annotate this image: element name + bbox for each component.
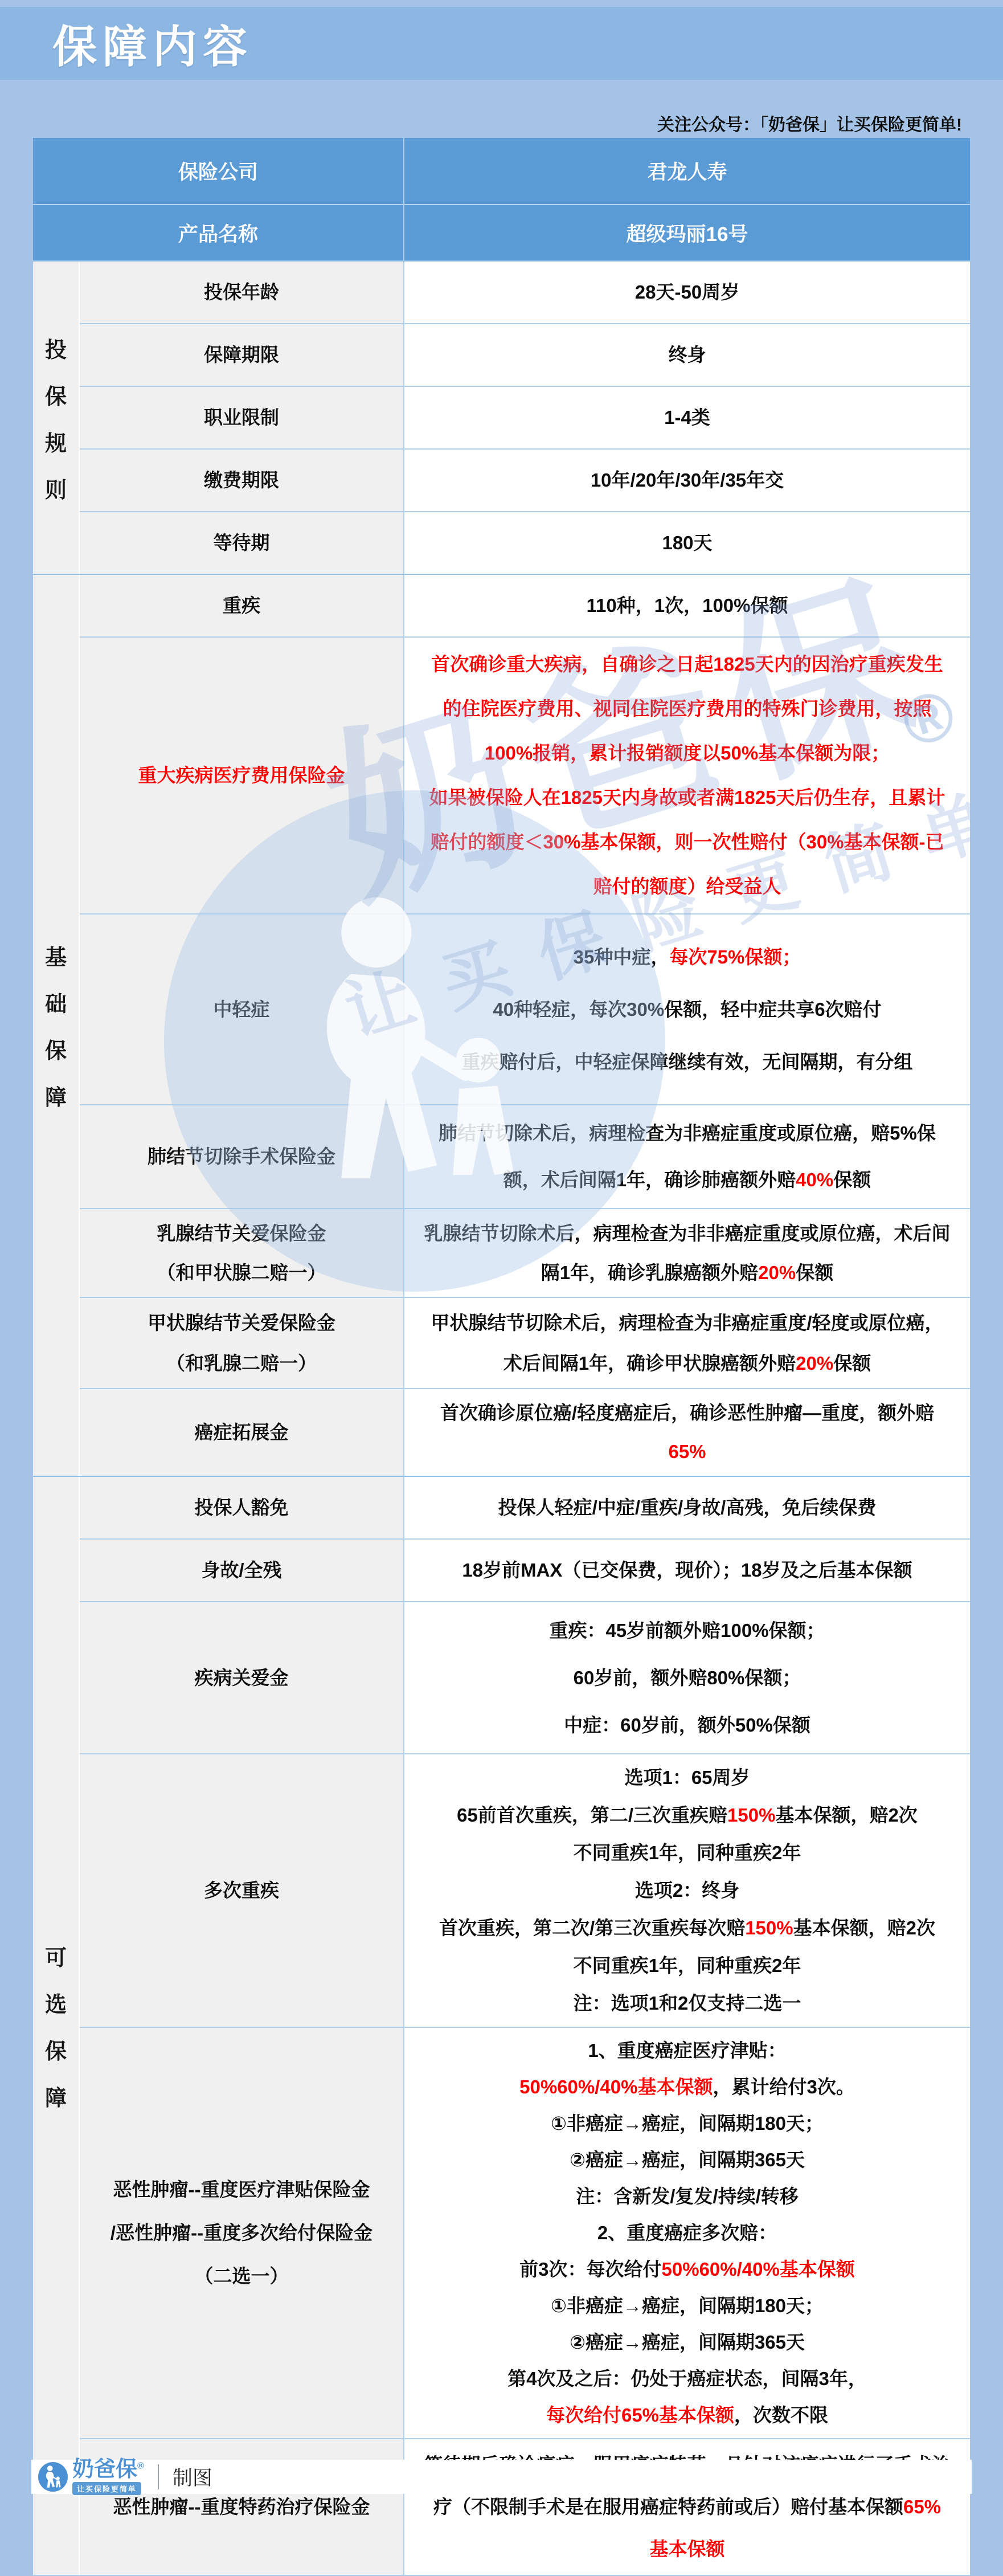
value-line: 首次确诊重大疾病，自确诊之日起1825天内的因治疗重疾发生 [431,642,943,687]
text-segment: ②癌症→癌症，间隔期365天 [570,2332,805,2353]
text-segment: 前3次：每次给付 [519,2259,661,2280]
value-line: 2、重度癌症多次赔： [597,2215,777,2251]
value-line: 110种，1次，100%保额 [587,579,788,632]
row-value-cell: 首次确诊重大疾病，自确诊之日起1825天内的因治疗重疾发生的住院医疗费用、视同住… [404,638,970,913]
label-line: 恶性肿瘤--重度医疗津贴保险金 [113,2168,370,2211]
table-row: 甲状腺结节关爱保险金（和乳腺二赔一）甲状腺结节切除术后，病理检查为非癌症重度/轻… [80,1297,970,1388]
row-value-cell: 首次确诊原位癌/轻度癌症后，确诊恶性肿瘤—重度，额外赔65% [404,1389,970,1476]
table-row: 乳腺结节关爱保险金（和甲状腺二赔一）乳腺结节切除术后，病理检查为非非癌症重度或原… [80,1208,970,1297]
title-bar: 保障内容 [0,7,1003,80]
band-label: 投 [45,332,67,364]
value-line: 基本保额 [650,2528,725,2570]
text-segment: 20% [758,1262,796,1283]
text-segment: 180天 [662,532,712,553]
text-segment: 150% [727,1805,775,1826]
label-line: 投保人豁免 [195,1486,289,1529]
credit-label: 制图 [173,2463,212,2491]
text-segment: 如果被保险人在1825天内身故或者满1825天后仍生存，且累计 [429,787,945,808]
brand-logo: 奶爸保® 让买保险更简单 [38,2459,144,2495]
page-title: 保障内容 [52,11,253,75]
text-segment: 150% [745,1917,793,1938]
row-label-cell: 中轻症 [80,915,404,1104]
label-line: 甲状腺结节关爱保险金 [148,1303,335,1343]
row-value-cell: 1、重度癌症医疗津贴：50%60%/40%基本保额，累计给付3次。①非癌症→癌症… [404,2028,970,2438]
row-label-cell: 职业限制 [80,387,404,448]
text-segment: 每次给付65%基本保额 [546,2404,734,2426]
value-line: 1、重度癌症医疗津贴： [588,2032,786,2069]
value-line: 甲状腺结节切除术后，病理检查为非癌症重度/轻度或原位癌， [431,1303,943,1343]
table-row: 职业限制1-4类 [80,386,970,448]
section-rows: 重疾110种，1次，100%保额重大疾病医疗费用保险金首次确诊重大疾病，自确诊之… [80,575,970,1476]
value-line: 18岁前MAX（已交保费，现价）；18岁及之后基本保额 [462,1544,912,1597]
row-label-cell: 保障期限 [80,324,404,386]
table-row: 等待期180天 [80,511,970,574]
table-row: 恶性肿瘤--重度特药治疗保险金等待期后确诊癌症，服用癌症特药，且针对该癌症进行了… [80,2438,970,2575]
label-line: /恶性肿瘤--重度多次给付保险金 [110,2211,372,2255]
text-segment: 选项2：终身 [635,1880,739,1901]
value-line: 1-4类 [664,391,710,444]
header-label-cell: 保险公司 [33,138,404,204]
text-segment: 65% [668,1441,706,1462]
section-band: 基础保障 [33,575,80,1476]
row-value-cell: 投保人轻症/中症/重疾/身故/高残，免后续保费 [404,1477,970,1538]
value-line: 40种轻症，每次30%保额，轻中症共享6次赔付 [493,983,881,1036]
text-segment: 65前首次重疾，第二/三次重疾赔 [457,1805,727,1826]
value-line: 中症：60岁前，额外50%保额 [564,1701,810,1749]
table-row: 重疾110种，1次，100%保额 [80,575,970,636]
header-row: 保险公司君龙人寿 [33,138,970,204]
table-row: 中轻症35种中症，每次75%保额；40种轻症，每次30%保额，轻中症共享6次赔付… [80,913,970,1104]
text-segment: 中症：60岁前，额外50%保额 [564,1714,810,1736]
text-segment: 28天-50周岁 [635,281,739,303]
text-segment: 注：含新发/复发/持续/转移 [576,2186,799,2207]
band-label: 规 [45,426,67,457]
table-row: 缴费期限10年/20年/30年/35年交 [80,448,970,511]
value-line: 选项1：65周岁 [624,1759,750,1797]
header-row: 产品名称超级玛丽16号 [33,204,970,260]
footer-divider [158,2464,159,2489]
text-segment: 额，术后间隔1年，确诊肺癌额外赔 [503,1169,796,1190]
text-segment: 不同重疾1年，同种重疾2年 [574,1955,801,1976]
table-row: 恶性肿瘤--重度医疗津贴保险金/恶性肿瘤--重度多次给付保险金（二选一）1、重度… [80,2027,970,2438]
text-segment: 20% [796,1353,833,1374]
value-line: 35种中症，每次75%保额； [574,931,801,983]
text-segment: 甲状腺结节切除术后，病理检查为非癌症重度/轻度或原位癌， [431,1312,943,1333]
table-section: 基础保障重疾110种，1次，100%保额重大疾病医疗费用保险金首次确诊重大疾病，… [33,574,970,1476]
brand-logo-text: 奶爸保® 让买保险更简单 [72,2459,144,2495]
value-line: ②癌症→癌症，间隔期365天 [570,2324,805,2361]
section-rows: 投保年龄28天-50周岁保障期限终身职业限制1-4类缴费期限10年/20年/30… [80,262,970,574]
value-line: 首次确诊原位癌/轻度癌症后，确诊恶性肿瘤—重度，额外赔 [440,1394,934,1432]
row-value-cell: 乳腺结节切除术后，病理检查为非非癌症重度或原位癌，术后间隔1年，确诊乳腺癌额外赔… [404,1209,970,1297]
label-line: 癌症拓展金 [195,1411,289,1454]
text-segment: 乳腺结节切除术后，病理检查为非非癌症重度或原位癌，术后间 [424,1223,951,1244]
label-line: （和甲状腺二赔一） [157,1253,326,1292]
band-label: 础 [45,986,67,1018]
value-line: ①非癌症→癌症，间隔期180天； [551,2288,824,2324]
text-segment: ②癌症→癌症，间隔期365天 [570,2149,805,2170]
value-line: 不同重疾1年，同种重疾2年 [574,1947,801,1985]
table-row: 重大疾病医疗费用保险金首次确诊重大疾病，自确诊之日起1825天内的因治疗重疾发生… [80,636,970,913]
band-label: 保 [45,1033,67,1064]
text-segment: 首次重疾，第二次/第三次重疾每次赔 [439,1917,745,1938]
value-line: 注：选项1和2仅支持二选一 [574,1985,801,2022]
value-line: 赔付的额度＜30%基本保额，则一次性赔付（30%基本保额-已 [430,820,944,864]
text-segment: 10年/20年/30年/35年交 [591,470,784,491]
text-segment: 疗（不限制手术是在服用癌症特药前或后）赔付基本保额 [433,2496,903,2517]
row-label-cell: 等待期 [80,512,404,574]
row-label-cell: 多次重疾 [80,1754,404,2027]
text-segment: ，次数不限 [734,2404,828,2426]
text-segment: 每次75%保额； [669,946,801,967]
text-segment: 首次确诊重大疾病，自确诊之日起1825天内的因治疗重疾发生 [431,654,943,675]
row-label-cell: 身故/全残 [80,1540,404,1601]
table-row: 保障期限终身 [80,323,970,386]
section-band: 投保规则 [33,262,80,574]
text-segment: 首次确诊原位癌/轻度癌症后，确诊恶性肿瘤—重度，额外赔 [440,1402,934,1423]
table-row: 肺结节切除手术保险金肺结节切除术后，病理检查为非癌症重度或原位癌，赔5%保额，术… [80,1104,970,1208]
row-label-cell: 甲状腺结节关爱保险金（和乳腺二赔一） [80,1298,404,1388]
row-label-cell: 重疾 [80,575,404,636]
row-value-cell: 1-4类 [404,387,970,448]
text-segment: 18岁前MAX（已交保费，现价）；18岁及之后基本保额 [462,1560,912,1581]
text-segment: 基本保额 [650,2538,725,2559]
text-segment: 隔1年，确诊乳腺癌额外赔 [541,1262,758,1283]
row-value-cell: 180天 [404,512,970,574]
label-line: 肺结节切除手术保险金 [148,1135,335,1178]
label-line: 重疾 [223,584,260,627]
text-segment: 35种中症， [574,946,670,967]
text-segment: 终身 [669,344,706,365]
parent-child-silhouette-icon [40,2464,65,2489]
text-segment: 60岁前，额外赔80%保额； [574,1667,801,1688]
band-label: 障 [45,1080,67,1111]
text-segment: 选项1：65周岁 [624,1767,750,1788]
brand-name: 奶爸保® [72,2459,144,2480]
text-segment: 40% [796,1169,833,1190]
text-segment: 100%报销，累计报销额度以50%基本保额为限； [485,742,890,764]
row-label-cell: 疾病关爱金 [80,1602,404,1753]
value-line: 前3次：每次给付50%60%/40%基本保额 [519,2251,855,2288]
text-segment: ①非癌症→癌症，间隔期180天； [551,2295,824,2316]
value-line: 注：含新发/复发/持续/转移 [576,2178,799,2215]
row-value-cell: 甲状腺结节切除术后，病理检查为非癌症重度/轻度或原位癌，术后间隔1年，确诊甲状腺… [404,1298,970,1388]
text-segment: 重疾：45岁前额外赔100%保额； [549,1620,825,1641]
value-line: 肺结节切除术后，病理检查为非癌症重度或原位癌，赔5%保 [439,1110,936,1157]
text-segment: 不同重疾1年，同种重疾2年 [574,1842,801,1863]
text-segment: 50%60%/40%基本保额 [662,2259,855,2280]
value-line: 100%报销，累计报销额度以50%基本保额为限； [485,731,890,775]
text-segment: 第4次及之后：仍处于癌症状态，间隔3年， [507,2368,867,2389]
value-line: 50%60%/40%基本保额，累计给付3次。 [519,2069,855,2105]
row-value-cell: 重疾：45岁前额外赔100%保额；60岁前，额外赔80%保额；中症：60岁前，额… [404,1602,970,1753]
registered-mark: ® [137,2461,144,2471]
footer: 奶爸保® 让买保险更简单 制图 [31,2460,972,2494]
band-label: 保 [45,2034,67,2065]
value-line: 终身 [669,329,706,381]
row-label-cell: 投保人豁免 [80,1477,404,1538]
table-row: 投保年龄28天-50周岁 [80,262,970,323]
text-segment: 50%60%/40%基本保额 [519,2076,713,2097]
coverage-table: 保险公司君龙人寿产品名称超级玛丽16号 投保规则投保年龄28天-50周岁保障期限… [33,138,970,2576]
text-segment: 重疾赔付后，中轻症保障继续有效，无间隔期，有分组 [462,1051,913,1072]
value-line: ①非癌症→癌症，间隔期180天； [551,2105,824,2142]
text-segment: ①非癌症→癌症，间隔期180天； [551,2113,824,2134]
value-line: 术后间隔1年，确诊甲状腺癌额外赔20%保额 [503,1343,871,1383]
band-label: 保 [45,379,67,410]
table-row: 身故/全残18岁前MAX（已交保费，现价）；18岁及之后基本保额 [80,1538,970,1601]
row-label-cell: 缴费期限 [80,450,404,511]
label-line: （二选一） [195,2255,289,2298]
value-line: 每次给付65%基本保额，次数不限 [546,2397,828,2434]
row-value-cell: 28天-50周岁 [404,262,970,323]
row-value-cell: 肺结节切除术后，病理检查为非癌症重度或原位癌，赔5%保额，术后间隔1年，确诊肺癌… [404,1105,970,1208]
label-line: 中轻症 [214,988,270,1031]
text-segment: 赔付的额度）给受益人 [593,876,781,897]
value-line: 的住院医疗费用、视同住院医疗费用的特殊门诊费用，按照 [443,687,932,731]
value-line: 180天 [662,517,712,569]
label-line: （和乳腺二赔一） [166,1343,317,1383]
header-value-cell: 超级玛丽16号 [404,205,970,260]
text-segment: 注：选项1和2仅支持二选一 [574,1993,801,2014]
row-value-cell: 110种，1次，100%保额 [404,575,970,636]
band-label: 基 [45,940,67,971]
label-line: 职业限制 [204,396,279,439]
band-label: 选 [45,1987,67,2018]
value-line: ②癌症→癌症，间隔期365天 [570,2142,805,2178]
text-segment: 投保人轻症/中症/重疾/身故/高残，免后续保费 [498,1497,877,1518]
label-line: 重大疾病医疗费用保险金 [138,754,345,797]
brand-logo-icon [38,2462,68,2492]
value-line: 60岁前，额外赔80%保额； [574,1654,801,1701]
row-label-cell: 乳腺结节关爱保险金（和甲状腺二赔一） [80,1209,404,1297]
text-segment: 65% [903,2496,941,2517]
text-segment: 2、重度癌症多次赔： [597,2222,777,2243]
label-line: 投保年龄 [204,271,279,314]
text-segment: 的住院医疗费用、视同住院医疗费用的特殊门诊费用，按照 [443,698,932,719]
text-segment: 1-4类 [664,407,710,428]
table-header: 保险公司君龙人寿产品名称超级玛丽16号 [33,138,970,260]
band-label: 则 [45,472,67,504]
header-value-cell: 君龙人寿 [404,138,970,204]
text-segment: 保额 [796,1262,833,1283]
value-line: 重疾：45岁前额外赔100%保额； [549,1607,825,1654]
row-value-cell: 18岁前MAX（已交保费，现价）；18岁及之后基本保额 [404,1540,970,1601]
band-label: 障 [45,2080,67,2112]
value-line: 赔付的额度）给受益人 [593,864,781,909]
value-line: 65前首次重疾，第二/三次重疾赔150%基本保额，赔2次 [457,1797,918,1834]
section-rows: 投保人豁免投保人轻症/中症/重疾/身故/高残，免后续保费身故/全残18岁前MAX… [80,1477,970,2575]
value-line: 额，术后间隔1年，确诊肺癌额外赔40%保额 [503,1157,871,1203]
value-line: 28天-50周岁 [635,266,739,319]
label-line: 疾病关爱金 [195,1656,289,1700]
label-line: 等待期 [214,521,270,565]
text-segment: 肺结节切除术后，病理检查为非癌症重度或原位癌，赔5%保 [439,1122,936,1144]
row-value-cell: 终身 [404,324,970,386]
label-line: 乳腺结节关爱保险金 [157,1214,326,1253]
text-segment: 术后间隔1年，确诊甲状腺癌额外赔 [503,1353,796,1374]
table-row: 投保人豁免投保人轻症/中症/重疾/身故/高残，免后续保费 [80,1477,970,1538]
value-line: 如果被保险人在1825天内身故或者满1825天后仍生存，且累计 [429,775,945,820]
text-segment: 赔付的额度＜30%基本保额，则一次性赔付（30%基本保额-已 [430,831,944,852]
text-segment: 40种轻症，每次30%保额，轻中症共享6次赔付 [493,999,881,1020]
brand-tagline: 让买保险更简单 [72,2482,141,2495]
value-line: 65% [668,1432,706,1471]
table-row: 癌症拓展金首次确诊原位癌/轻度癌症后，确诊恶性肿瘤—重度，额外赔65% [80,1388,970,1476]
label-line: 多次重疾 [204,1869,279,1912]
value-line: 第4次及之后：仍处于癌症状态，间隔3年， [507,2361,867,2397]
header-label-cell: 产品名称 [33,205,404,260]
row-value-cell: 10年/20年/30年/35年交 [404,450,970,511]
table-body: 投保规则投保年龄28天-50周岁保障期限终身职业限制1-4类缴费期限10年/20… [33,260,970,2575]
value-line: 隔1年，确诊乳腺癌额外赔20%保额 [541,1253,833,1292]
row-value-cell: 35种中症，每次75%保额；40种轻症，每次30%保额，轻中症共享6次赔付重疾赔… [404,915,970,1104]
table-section: 投保规则投保年龄28天-50周岁保障期限终身职业限制1-4类缴费期限10年/20… [33,260,970,574]
table-row: 多次重疾选项1：65周岁65前首次重疾，第二/三次重疾赔150%基本保额，赔2次… [80,1753,970,2027]
value-line: 选项2：终身 [635,1872,739,1909]
subscribe-banner: 关注公众号：「奶爸保」让买保险更简单! [657,111,962,136]
text-segment: 保额 [833,1353,871,1374]
row-label-cell: 恶性肿瘤--重度医疗津贴保险金/恶性肿瘤--重度多次给付保险金（二选一） [80,2028,404,2438]
table-row: 疾病关爱金重疾：45岁前额外赔100%保额；60岁前，额外赔80%保额；中症：6… [80,1601,970,1753]
value-line: 乳腺结节切除术后，病理检查为非非癌症重度或原位癌，术后间 [424,1214,951,1253]
row-label-cell: 肺结节切除手术保险金 [80,1105,404,1208]
value-line: 不同重疾1年，同种重疾2年 [574,1834,801,1872]
text-segment: 基本保额，赔2次 [775,1805,917,1826]
text-segment: 1、重度癌症医疗津贴： [588,2040,786,2061]
label-line: 保障期限 [204,333,279,377]
band-label: 可 [45,1940,67,1971]
row-label-cell: 癌症拓展金 [80,1389,404,1476]
text-segment: ，累计给付3次。 [713,2076,854,2097]
table-section: 可选保障投保人豁免投保人轻症/中症/重疾/身故/高残，免后续保费身故/全残18岁… [33,1476,970,2575]
label-line: 身故/全残 [201,1549,281,1592]
value-line: 10年/20年/30年/35年交 [591,454,784,507]
row-value-cell: 选项1：65周岁65前首次重疾，第二/三次重疾赔150%基本保额，赔2次不同重疾… [404,1754,970,2027]
text-segment: 保额 [833,1169,871,1190]
value-line: 首次重疾，第二次/第三次重疾每次赔150%基本保额，赔2次 [439,1909,935,1947]
row-label-cell: 重大疾病医疗费用保险金 [80,638,404,913]
label-line: 缴费期限 [204,459,279,502]
text-segment: 110种，1次，100%保额 [587,595,788,616]
value-line: 重疾赔付后，中轻症保障继续有效，无间隔期，有分组 [462,1036,913,1088]
value-line: 投保人轻症/中症/重疾/身故/高残，免后续保费 [498,1481,877,1534]
row-label-cell: 投保年龄 [80,262,404,323]
section-band: 可选保障 [33,1477,80,2575]
text-segment: 基本保额，赔2次 [793,1917,935,1938]
